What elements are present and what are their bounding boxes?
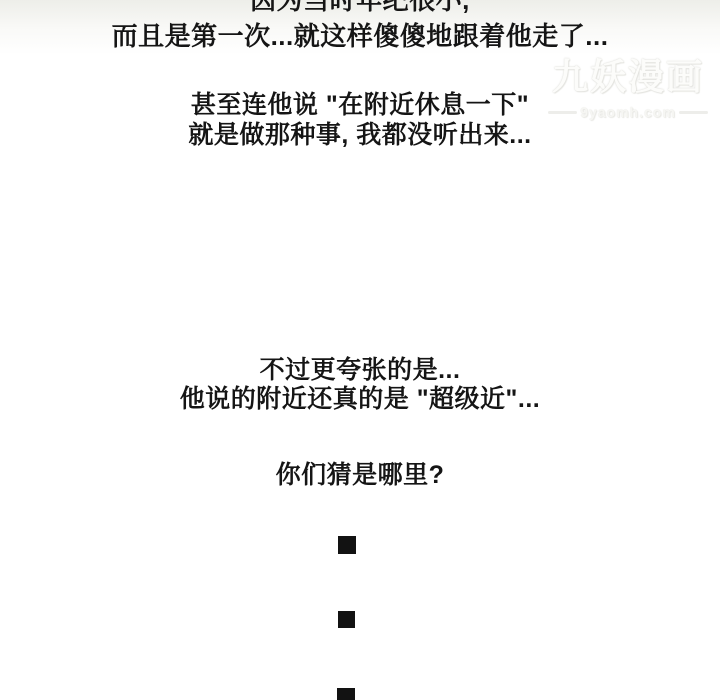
narration-block-3: 不过更夸张的是... 他说的附近还真的是 "超级近"...	[0, 356, 720, 414]
narration-block-4: 你们猜是哪里?	[0, 461, 720, 489]
narration-line-3: 甚至连他说 "在附近休息一下"	[0, 90, 720, 120]
black-square-icon	[337, 688, 355, 700]
narration-line-7: 你们猜是哪里?	[0, 461, 720, 489]
narration-block-1: 因为当时年纪很小, 而且是第一次...就这样傻傻地跟着他走了...	[0, 0, 720, 54]
black-square-icon	[338, 611, 355, 628]
narration-block-2: 甚至连他说 "在附近休息一下" 就是做那种事, 我都没听出来...	[0, 90, 720, 150]
narration-line-1: 因为当时年纪很小,	[0, 0, 720, 18]
narration-line-2: 而且是第一次...就这样傻傻地跟着他走了...	[0, 18, 720, 54]
narration-line-4: 就是做那种事, 我都没听出来...	[0, 120, 720, 150]
comic-page: 九妖漫画 9yaomh.com 因为当时年纪很小, 而且是第一次...就这样傻傻…	[0, 0, 720, 700]
black-square-icon	[338, 536, 356, 554]
narration-line-5: 不过更夸张的是...	[0, 356, 720, 385]
narration-line-6: 他说的附近还真的是 "超级近"...	[0, 385, 720, 414]
